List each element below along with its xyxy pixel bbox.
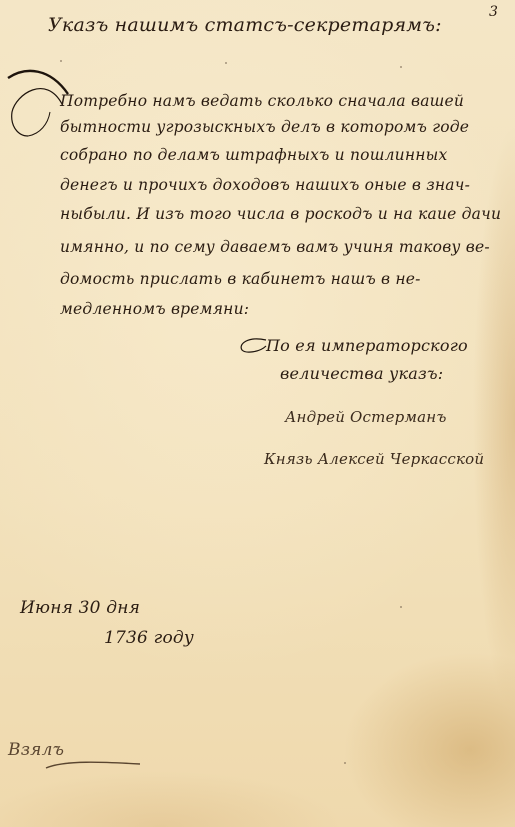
document-title: Указъ нашимъ статсъ-секретарямъ: (48, 14, 442, 36)
signature-cherkassky: Князь Алексей Черкасской (264, 450, 484, 468)
date-year: 1736 году (104, 628, 194, 648)
body-line-2: бытности угрозыскныхъ делъ в которомъ го… (60, 118, 469, 136)
paper-speck (60, 60, 62, 62)
paper-speck (344, 762, 346, 764)
paper-speck (400, 66, 402, 68)
body-line-6: имянно, и по сему даваемъ вамъ учиня так… (60, 238, 490, 256)
annotation-vzyal: Взялъ (8, 740, 64, 760)
body-line-4: денегъ и прочихъ доходовъ нашихъ оные в … (60, 176, 470, 194)
date-day-month: Июня 30 дня (20, 598, 140, 618)
body-line-7: домость прислать в кабинетъ нашъ в не- (60, 270, 421, 288)
closing-line-2: величества указъ: (280, 364, 443, 383)
body-line-5: ныбыли. И изъ того числа в роскодъ и на … (60, 205, 501, 223)
annotation-underline-flourish (44, 758, 144, 772)
body-line-1: Потребно намъ ведать сколько сначала ваш… (60, 92, 464, 110)
page-number: 3 (489, 4, 498, 20)
paper-speck (400, 606, 402, 608)
signature-osterman: Андрей Остерманъ (285, 408, 447, 426)
manuscript-page: Указъ нашимъ статсъ-секретарямъ: 3 Потре… (0, 0, 515, 827)
body-line-3: собрано по деламъ штрафныхъ и пошлинных (60, 146, 447, 164)
body-line-8: медленномъ времяни: (60, 300, 249, 318)
paper-speck (225, 62, 227, 64)
closing-line-1: По ея императорского (266, 336, 468, 355)
closing-flourish (238, 336, 268, 356)
